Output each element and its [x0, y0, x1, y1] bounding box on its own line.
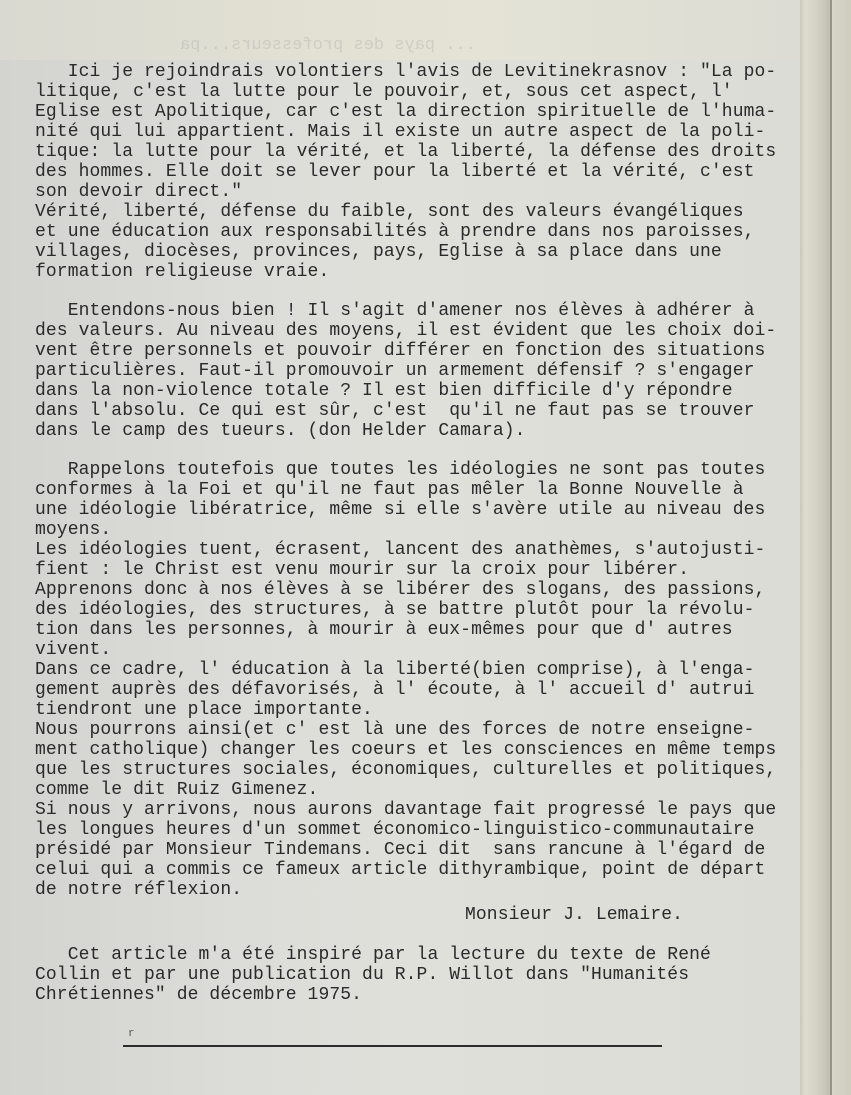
text-line: que les structures sociales, économiques…: [35, 761, 776, 781]
text-line: Apprenons donc à nos élèves à se libérer…: [35, 581, 765, 601]
text-line: tion dans les personnes, à mourir à eux-…: [35, 621, 733, 641]
text-line: nité qui lui appartient. Mais il existe …: [35, 123, 765, 143]
text-line: son devoir direct.": [35, 183, 242, 203]
text-line: ment catholique) changer les coeurs et l…: [35, 741, 776, 761]
text-line: de notre réflexion.: [35, 881, 242, 901]
text-line: présidé par Monsieur Tindemans. Ceci dit…: [35, 841, 765, 861]
text-line: comme le dit Ruiz Gimenez.: [35, 781, 318, 801]
horizontal-rule: [123, 1045, 662, 1047]
text-line: particulières. Faut-il promouvoir un arm…: [35, 362, 755, 382]
text-line: Collin et par une publication du R.P. Wi…: [35, 966, 689, 986]
text-line: des valeurs. Au niveau des moyens, il es…: [35, 322, 776, 342]
text-line: Nous pourrons ainsi(et c' est là une des…: [35, 721, 755, 741]
text-line: vent être personnels et pouvoir différer…: [35, 342, 765, 362]
text-line: Vérité, liberté, défense du faible, sont…: [35, 203, 744, 223]
text-line: tiendront une place importante.: [35, 701, 373, 721]
text-line: fient : le Christ est venu mourir sur la…: [35, 561, 689, 581]
rule-mark: r: [128, 1028, 135, 1040]
text-line: vivent.: [35, 641, 111, 661]
text-line: Chrétiennes" de décembre 1975.: [35, 986, 362, 1006]
text-line: Cet article m'a été inspiré par la lectu…: [35, 946, 711, 966]
text-line: celui qui a commis ce fameux article dit…: [35, 861, 765, 881]
text-line: les longues heures d'un sommet économico…: [35, 821, 755, 841]
text-line: dans la non-violence totale ? Il est bie…: [35, 382, 733, 402]
text-line: des hommes. Elle doit se lever pour la l…: [35, 163, 755, 183]
text-line: Eglise est Apolitique, car c'est la dire…: [35, 103, 776, 123]
text-line: une idéologie libératrice, même si elle …: [35, 501, 765, 521]
adjacent-page-edge: [832, 0, 851, 1095]
text-line: conformes à la Foi et qu'il ne faut pas …: [35, 481, 744, 501]
text-line: des idéologies, des structures, à se bat…: [35, 601, 755, 621]
bleed-through-text: ... pays des professeurs...pa: [180, 36, 476, 55]
text-line: Les idéologies tuent, écrasent, lancent …: [35, 541, 765, 561]
text-line: villages, diocèses, provinces, pays, Egl…: [35, 243, 722, 263]
text-line: litique, c'est la lutte pour le pouvoir,…: [35, 83, 733, 103]
text-line: gement auprès des défavorisés, à l' écou…: [35, 681, 755, 701]
text-line: Si nous y arrivons, nous aurons davantag…: [35, 801, 776, 821]
text-line: dans le camp des tueurs. (don Helder Cam…: [35, 422, 526, 442]
text-line: Dans ce cadre, l' éducation à la liberté…: [35, 661, 755, 681]
text-line: Entendons-nous bien ! Il s'agit d'amener…: [35, 302, 755, 322]
text-line: moyens.: [35, 521, 111, 541]
text-line: Rappelons toutefois que toutes les idéol…: [35, 461, 765, 481]
text-line: tique: la lutte pour la vérité, et la li…: [35, 143, 776, 163]
text-line: Ici je rejoindrais volontiers l'avis de …: [35, 63, 776, 83]
text-line: formation religieuse vraie.: [35, 263, 329, 283]
text-line: dans l'absolu. Ce qui est sûr, c'est qu'…: [35, 402, 755, 422]
text-line: et une éducation aux responsabilités à p…: [35, 223, 755, 243]
signature: Monsieur J. Lemaire.: [465, 906, 683, 926]
